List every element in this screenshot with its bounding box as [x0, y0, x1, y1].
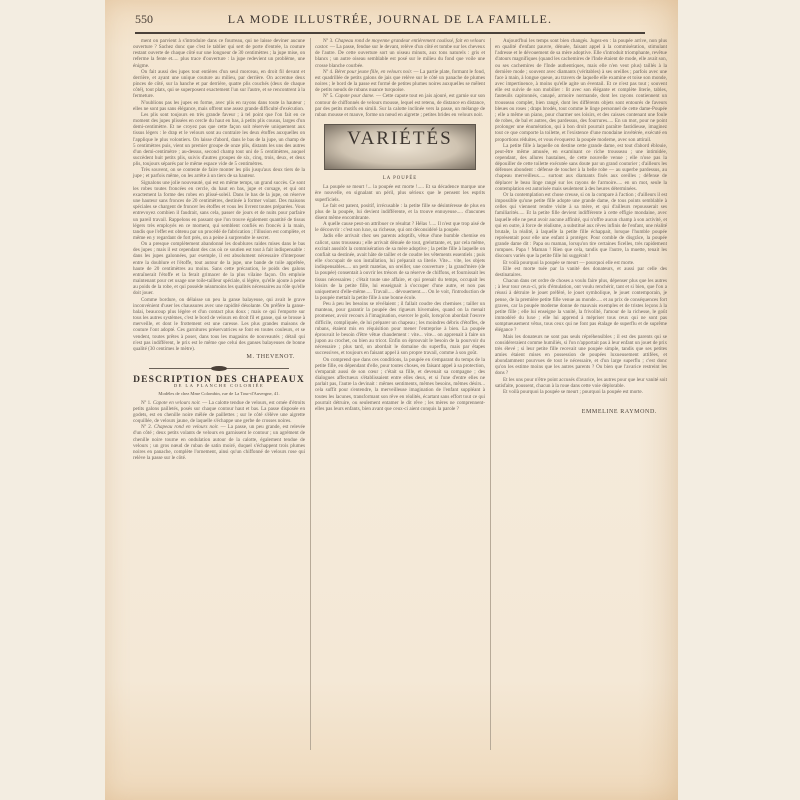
- chapeaux-list-continued: Nº 3. Chapeau rond de moyenne grandeur e…: [315, 38, 485, 118]
- poupee-signature: EMMELINE RAYMOND.: [495, 409, 667, 415]
- varietes-banner: VARIÉTÉS: [324, 124, 476, 170]
- paragraph: Très souvent, on se contente de faire mo…: [133, 167, 305, 179]
- hat-text: — La passe, fendue sur le devant, relève…: [315, 44, 485, 68]
- column-1: ment on parvient à s'introduire dans ce …: [133, 38, 305, 461]
- varietes-banner-text: VARIÉTÉS: [325, 136, 475, 142]
- hat-name: Capote en velours noir.: [153, 400, 201, 406]
- paragraph: Comme bordure, on délaisse un peu la gan…: [133, 297, 305, 352]
- paragraph: La poupée se meurt !... la poupée est mo…: [315, 184, 485, 202]
- section-ornament: [149, 366, 289, 371]
- paragraph: Or la contemplation est chose creuse, si…: [495, 192, 667, 260]
- hat-description: Nº 4. Béret pour jeune fille, en velours…: [315, 69, 485, 94]
- paragraph: Les plis sont toujours en très grande fa…: [133, 112, 305, 167]
- hat-number: Nº 1.: [141, 400, 153, 406]
- paragraph: Chacun dans cet ordre de choses a voulu …: [495, 278, 667, 333]
- hat-text: — La passe, un peu grande, est relevée d…: [133, 424, 305, 461]
- paragraph: La petite fille à laquelle on destine ce…: [495, 143, 667, 192]
- article-signature: M. THEVENOT.: [133, 354, 305, 360]
- column-2: Nº 3. Chapeau rond de moyenne grandeur e…: [315, 38, 485, 412]
- magazine-page: 550 LA MODE ILLUSTRÉE, JOURNAL DE LA FAM…: [105, 0, 678, 800]
- paragraph: On fait aussi des jupes tout entières d'…: [133, 69, 305, 100]
- column-divider: [490, 38, 491, 750]
- paragraph: Mais les donateurs ne sont pas seuls rép…: [495, 334, 667, 377]
- paragraph: Et les uns pour n'être point accusés d'a…: [495, 377, 667, 389]
- hat-name: Capote pour dame.: [335, 93, 375, 99]
- paragraph: ment on parvient à s'introduire dans ce …: [133, 38, 305, 69]
- hat-description: Nº 3. Chapeau rond de moyenne grandeur e…: [315, 38, 485, 69]
- fashion-article: ment on parvient à s'introduire dans ce …: [133, 38, 305, 352]
- paragraph: Peu à peu les besoins se révélaient ; il…: [315, 301, 485, 356]
- paragraph: Et voilà pourquoi la poupée se meurt ; p…: [495, 389, 667, 395]
- hat-number: Nº 5.: [323, 93, 335, 99]
- poupee-subheading: LA POUPÉE: [315, 176, 485, 182]
- hat-number: Nº 2.: [141, 424, 154, 430]
- paragraph: N'oublions pas les jupes en forme, avec …: [133, 100, 305, 112]
- chapeaux-list: Nº 1. Capote en velours noir. — La calot…: [133, 400, 305, 462]
- page-header: 550 LA MODE ILLUSTRÉE, JOURNAL DE LA FAM…: [135, 10, 645, 32]
- header-rule: [135, 32, 645, 34]
- paragraph: Elle est morte tuée par la vanité des do…: [495, 266, 667, 278]
- paragraph: On a presque complètement abandonné les …: [133, 241, 305, 296]
- paragraph: Jadis elle arrivait chez ses parents ado…: [315, 233, 485, 301]
- hat-name: Chapeau rond en velours noir.: [154, 424, 219, 430]
- paragraph: On comprend que dans ces conditions, la …: [315, 357, 485, 412]
- poupee-article: La poupée se meurt !... la poupée est mo…: [315, 184, 485, 412]
- journal-title: LA MODE ILLUSTRÉE, JOURNAL DE LA FAMILLE…: [135, 12, 645, 27]
- hat-name: Béret pour jeune fille, en velours noir.: [335, 69, 413, 75]
- paragraph: Signalons une jolie nouveauté, qui est e…: [133, 180, 305, 242]
- poupee-article-continued: Aujourd'hui les temps sont bien changés.…: [495, 38, 667, 395]
- column-3: Aujourd'hui les temps sont bien changés.…: [495, 38, 667, 421]
- column-divider: [310, 38, 311, 750]
- hat-description: Nº 2. Chapeau rond en velours noir. — La…: [133, 424, 305, 461]
- hat-description: Nº 5. Capote pour dame. — Cette capote t…: [315, 93, 485, 118]
- hat-number: Nº 4.: [323, 69, 335, 75]
- hat-description: Nº 1. Capote en velours noir. — La calot…: [133, 400, 305, 425]
- paragraph: A quelle cause peut-on attribuer ce résu…: [315, 221, 485, 233]
- paragraph: Le fait est patent, positif, irrécusable…: [315, 203, 485, 221]
- paragraph: Aujourd'hui les temps sont bien changés.…: [495, 38, 667, 143]
- chapeaux-credit: Modèles de chez Mme Colombin, rue de La …: [133, 391, 305, 397]
